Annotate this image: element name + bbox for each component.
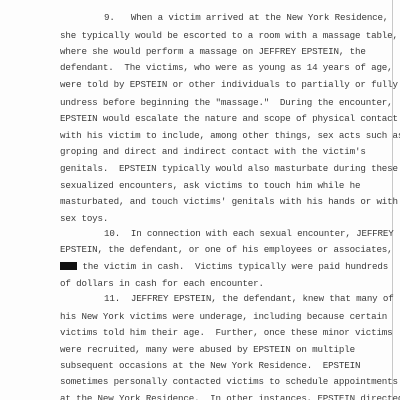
paragraph-11-first-line: 11. JEFFREY EPSTEIN, the defendant, knew…	[104, 293, 394, 305]
text-line: sometimes personally contacted victims t…	[60, 376, 398, 388]
paragraph-number: 10.	[104, 228, 120, 239]
text-line: subsequent occasions at the New York Res…	[60, 360, 360, 372]
text-line: of dollars in cash for each encounter.	[60, 278, 264, 290]
text-line: EPSTEIN would escalate the nature and sc…	[60, 113, 398, 125]
redacted-text-line: the victim in cash. Victims typically we…	[60, 261, 388, 273]
text-line: groping and direct and indirect contact …	[60, 146, 366, 158]
text-line: victims told him their age. Further, onc…	[60, 327, 393, 339]
text-line: at the New York Residence. In other inst…	[60, 393, 400, 400]
text-line: she typically would be escorted to a roo…	[60, 30, 398, 42]
text-line: defendant. The victims, who were as youn…	[60, 62, 393, 74]
text-line: sex toys.	[60, 213, 108, 225]
text-line: were recruited, many were abused by EPST…	[60, 344, 355, 356]
text-line: masturbated, and touch victims' genitals…	[60, 196, 398, 208]
paragraph-9-first-line: 9. When a victim arrived at the New York…	[104, 12, 388, 24]
text-line: genitals. EPSTEIN typically would also m…	[60, 163, 398, 175]
paragraph-10-first-line: 10. In connection with each sexual encou…	[104, 228, 394, 240]
paragraph-number: 11.	[104, 293, 120, 304]
text-line: sexualized encounters, ask victims to to…	[60, 180, 360, 192]
redaction-block	[60, 262, 77, 270]
text-line: undress before beginning the "massage." …	[60, 97, 393, 109]
text-line: EPSTEIN, the defendant, or one of his em…	[60, 244, 393, 256]
text-line: with his victim to include, among other …	[60, 130, 400, 142]
document-page: 9. When a victim arrived at the New York…	[0, 0, 400, 400]
text-line: were told by EPSTEIN or other individual…	[60, 79, 398, 91]
text-line: where she would perform a massage on JEF…	[60, 46, 366, 58]
paragraph-number: 9.	[104, 12, 115, 23]
text-line: his New York victims were underage, incl…	[60, 311, 387, 323]
